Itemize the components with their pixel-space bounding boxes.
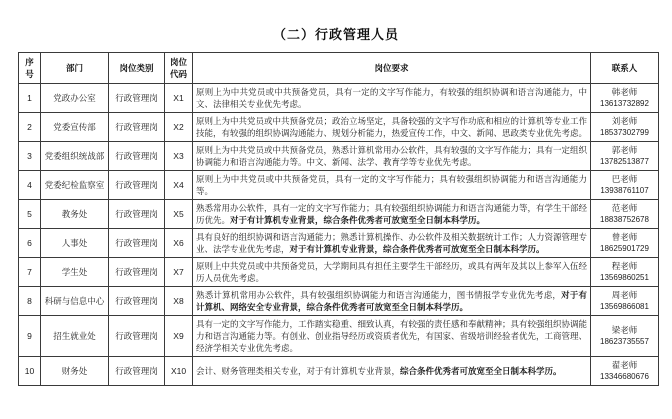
cell-category: 行政管理岗 (109, 200, 165, 229)
cell-category: 行政管理岗 (109, 357, 165, 386)
contact-phone: 13782513877 (594, 156, 655, 168)
cell-department: 财务处 (41, 357, 109, 386)
header-contact: 联系人 (591, 53, 659, 84)
table-row: 4 党委纪检监察室 行政管理岗 X4 原则上为中共党员或中共预备党员，具有一定的… (19, 171, 659, 200)
cell-seq: 9 (19, 316, 41, 357)
cell-requirement: 原则上为中共党员或中共预备党员，具有一定的文字写作能力，有较强的组织协调和语言沟… (193, 84, 591, 113)
contact-phone: 18625901729 (594, 243, 655, 255)
cell-contact: 翟老师 13346680676 (591, 357, 659, 386)
contact-name: 巴老师 (594, 173, 655, 185)
cell-department: 学生处 (41, 258, 109, 287)
cell-requirement: 原则上为中共党员或中共预备党员，熟悉计算机常用办公软件，具有较强的文字写作能力；… (193, 142, 591, 171)
header-category: 岗位类别 (109, 53, 165, 84)
table-row: 9 招生就业处 行政管理岗 X9 具有一定的文字写作能力，工作踏实稳重、细致认真… (19, 316, 659, 357)
contact-phone: 13938761107 (594, 185, 655, 197)
cell-category: 行政管理岗 (109, 84, 165, 113)
cell-requirement: 熟悉计算机常用办公软件，具有较强组织协调能力和语言沟通能力，图书情报学专业优先考… (193, 287, 591, 316)
cell-seq: 8 (19, 287, 41, 316)
cell-contact: 范老师 18838752678 (591, 200, 659, 229)
cell-requirement: 原则上为中共党员或中共预备党员；政治立场坚定，具备较强的文字写作功底和相应的计算… (193, 113, 591, 142)
requirement-text: 会计、财务管理类相关专业，对于有计算机专业背景， (196, 366, 400, 376)
contact-phone: 18623735557 (594, 336, 655, 348)
cell-department: 党政办公室 (41, 84, 109, 113)
cell-category: 行政管理岗 (109, 171, 165, 200)
contact-name: 翟老师 (594, 359, 655, 371)
cell-code: X8 (165, 287, 193, 316)
cell-contact: 曾老师 18625901729 (591, 229, 659, 258)
cell-department: 教务处 (41, 200, 109, 229)
header-department: 部门 (41, 53, 109, 84)
cell-code: X9 (165, 316, 193, 357)
header-row: 序 号 部门 岗位类别 岗位 代码 岗位要求 联系人 (19, 53, 659, 84)
requirement-bold-text: 对于有计算机专业背景，综合条件优秀者可放宽至全日制本科学历。 (290, 244, 545, 254)
cell-requirement: 具有一定的文字写作能力，工作踏实稳重、细致认真，有较强的责任感和奉献精神；具有较… (193, 316, 591, 357)
cell-requirement: 原则上为中共党员或中共预备党员，具有一定的文字写作能力；具有较强组织协调能力和语… (193, 171, 591, 200)
table-header: 序 号 部门 岗位类别 岗位 代码 岗位要求 联系人 (19, 53, 659, 84)
contact-name: 刘老师 (594, 115, 655, 127)
contact-phone: 18838752678 (594, 214, 655, 226)
header-requirement: 岗位要求 (193, 53, 591, 84)
requirement-text: 熟悉计算机常用办公软件，具有较强组织协调能力和语言沟通能力，图书情报学专业优先考… (196, 290, 561, 300)
recruitment-table: 序 号 部门 岗位类别 岗位 代码 岗位要求 联系人 1 党政办公室 行政管理岗… (18, 52, 659, 386)
cell-contact: 程老师 13569860251 (591, 258, 659, 287)
cell-department: 党委纪检监察室 (41, 171, 109, 200)
cell-contact: 梁老师 18623735557 (591, 316, 659, 357)
cell-contact: 郭老师 13782513877 (591, 142, 659, 171)
contact-name: 韩老师 (594, 86, 655, 98)
requirement-text: 原则上中共党员或中共预备党员，大学期间具有担任主要学生干部经历，或具有两年及其以… (196, 261, 587, 283)
contact-phone: 13613732892 (594, 98, 655, 110)
requirement-text: 原则上为中共党员或中共预备党员，具有一定的文字写作能力，有较强的组织协调和语言沟… (196, 87, 587, 109)
cell-requirement: 原则上中共党员或中共预备党员，大学期间具有担任主要学生干部经历，或具有两年及其以… (193, 258, 591, 287)
requirement-bold-text: 对于有计算机专业背景，综合条件优秀者可放宽至全日制本科学历。 (230, 215, 485, 225)
cell-code: X7 (165, 258, 193, 287)
table-row: 8 科研与信息中心 行政管理岗 X8 熟悉计算机常用办公软件，具有较强组织协调能… (19, 287, 659, 316)
cell-requirement: 会计、财务管理类相关专业，对于有计算机专业背景，综合条件优秀者可放宽至全日制本科… (193, 357, 591, 386)
table-row: 3 党委组织统战部 行政管理岗 X3 原则上为中共党员或中共预备党员，熟悉计算机… (19, 142, 659, 171)
cell-seq: 4 (19, 171, 41, 200)
header-seq: 序 号 (19, 53, 41, 84)
contact-phone: 13569860251 (594, 272, 655, 284)
contact-phone: 18537302799 (594, 127, 655, 139)
section-title: （二）行政管理人员 (0, 24, 672, 43)
cell-category: 行政管理岗 (109, 258, 165, 287)
requirement-text: 原则上为中共党员或中共预备党员，熟悉计算机常用办公软件，具有较强的文字写作能力；… (196, 145, 587, 167)
cell-seq: 7 (19, 258, 41, 287)
contact-name: 范老师 (594, 202, 655, 214)
contact-name: 程老师 (594, 260, 655, 272)
cell-seq: 5 (19, 200, 41, 229)
cell-code: X4 (165, 171, 193, 200)
requirement-text: 原则上为中共党员或中共预备党员；政治立场坚定，具备较强的文字写作功底和相应的计算… (196, 116, 587, 138)
table-row: 2 党委宣传部 行政管理岗 X2 原则上为中共党员或中共预备党员；政治立场坚定，… (19, 113, 659, 142)
cell-seq: 1 (19, 84, 41, 113)
cell-seq: 6 (19, 229, 41, 258)
cell-category: 行政管理岗 (109, 142, 165, 171)
contact-phone: 13569866081 (594, 301, 655, 313)
cell-contact: 韩老师 13613732892 (591, 84, 659, 113)
cell-department: 招生就业处 (41, 316, 109, 357)
cell-department: 党委组织统战部 (41, 142, 109, 171)
cell-category: 行政管理岗 (109, 287, 165, 316)
table-body: 1 党政办公室 行政管理岗 X1 原则上为中共党员或中共预备党员，具有一定的文字… (19, 84, 659, 386)
document-page: （二）行政管理人员 序 号 部门 岗位类别 岗位 代码 岗位要求 联系人 1 党… (0, 0, 672, 419)
table-row: 1 党政办公室 行政管理岗 X1 原则上为中共党员或中共预备党员，具有一定的文字… (19, 84, 659, 113)
cell-code: X2 (165, 113, 193, 142)
cell-code: X1 (165, 84, 193, 113)
cell-code: X3 (165, 142, 193, 171)
cell-category: 行政管理岗 (109, 113, 165, 142)
cell-category: 行政管理岗 (109, 316, 165, 357)
cell-seq: 2 (19, 113, 41, 142)
requirement-text: 具有一定的文字写作能力，工作踏实稳重、细致认真，有较强的责任感和奉献精神；具有较… (196, 319, 587, 353)
table-row: 6 人事处 行政管理岗 X6 具有良好的组织协调和语言沟通能力；熟悉计算机操作、… (19, 229, 659, 258)
cell-code: X5 (165, 200, 193, 229)
cell-contact: 周老师 13569866081 (591, 287, 659, 316)
table-row: 5 教务处 行政管理岗 X5 熟悉常用办公软件，具有一定的文字写作能力；具有较强… (19, 200, 659, 229)
header-code: 岗位 代码 (165, 53, 193, 84)
contact-name: 周老师 (594, 289, 655, 301)
cell-code: X10 (165, 357, 193, 386)
cell-seq: 3 (19, 142, 41, 171)
cell-department: 党委宣传部 (41, 113, 109, 142)
cell-department: 科研与信息中心 (41, 287, 109, 316)
cell-seq: 10 (19, 357, 41, 386)
contact-phone: 13346680676 (594, 371, 655, 383)
cell-contact: 巴老师 13938761107 (591, 171, 659, 200)
contact-name: 郭老师 (594, 144, 655, 156)
table-row: 10 财务处 行政管理岗 X10 会计、财务管理类相关专业，对于有计算机专业背景… (19, 357, 659, 386)
requirement-bold-text: 综合条件优秀者可放宽至全日制本科学历。 (400, 366, 562, 376)
contact-name: 曾老师 (594, 231, 655, 243)
table-row: 7 学生处 行政管理岗 X7 原则上中共党员或中共预备党员，大学期间具有担任主要… (19, 258, 659, 287)
cell-requirement: 熟悉常用办公软件，具有一定的文字写作能力；具有较强组织协调能力和语言沟通能力等，… (193, 200, 591, 229)
cell-requirement: 具有良好的组织协调和语言沟通能力；熟悉计算机操作、办公软件及相关数据统计工作；人… (193, 229, 591, 258)
cell-department: 人事处 (41, 229, 109, 258)
requirement-text: 原则上为中共党员或中共预备党员，具有一定的文字写作能力；具有较强组织协调能力和语… (196, 174, 587, 196)
cell-category: 行政管理岗 (109, 229, 165, 258)
contact-name: 梁老师 (594, 324, 655, 336)
cell-contact: 刘老师 18537302799 (591, 113, 659, 142)
cell-code: X6 (165, 229, 193, 258)
